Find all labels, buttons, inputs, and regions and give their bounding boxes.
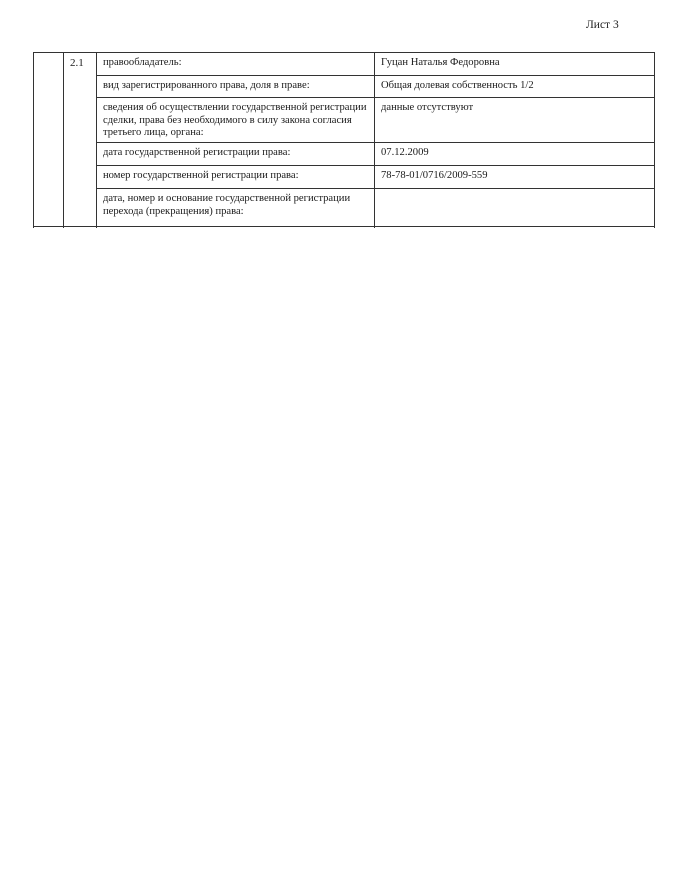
row-value: 78-78-01/0716/2009-559 — [381, 170, 651, 183]
table-row-registration-number: номер государственной регистрации права:… — [96, 166, 654, 189]
column-divider-1 — [63, 53, 64, 228]
table-row-rightholder: правообладатель: Гуцан Наталья Федоровна — [96, 53, 654, 76]
table-row-right-type: вид зарегистрированного права, доля в пр… — [96, 76, 654, 98]
row-label: номер государственной регистрации права: — [103, 170, 371, 183]
row-label: вид зарегистрированного права, доля в пр… — [103, 80, 371, 93]
table-cut-edge — [33, 226, 655, 227]
row-label: дата, номер и основание государственной … — [103, 193, 371, 218]
row-label: дата государственной регистрации права: — [103, 147, 371, 160]
item-number: 2.1 — [70, 57, 84, 69]
rights-registration-table: 2.1 правообладатель: Гуцан Наталья Федор… — [33, 53, 655, 228]
table-row-registration-date: дата государственной регистрации права: … — [96, 143, 654, 166]
row-value: Гуцан Наталья Федоровна — [381, 57, 651, 70]
sheet-number-label: Лист 3 — [586, 19, 619, 31]
table-row-transaction-info: сведения об осуществлении государственно… — [96, 98, 654, 143]
row-value: Общая долевая собственность 1/2 — [381, 80, 651, 93]
table-row-transfer-termination: дата, номер и основание государственной … — [96, 189, 654, 227]
row-value: 07.12.2009 — [381, 147, 651, 160]
row-value: данные отсутствуют — [381, 102, 651, 115]
row-label: правообладатель: — [103, 57, 371, 70]
row-label: сведения об осуществлении государственно… — [103, 102, 371, 140]
